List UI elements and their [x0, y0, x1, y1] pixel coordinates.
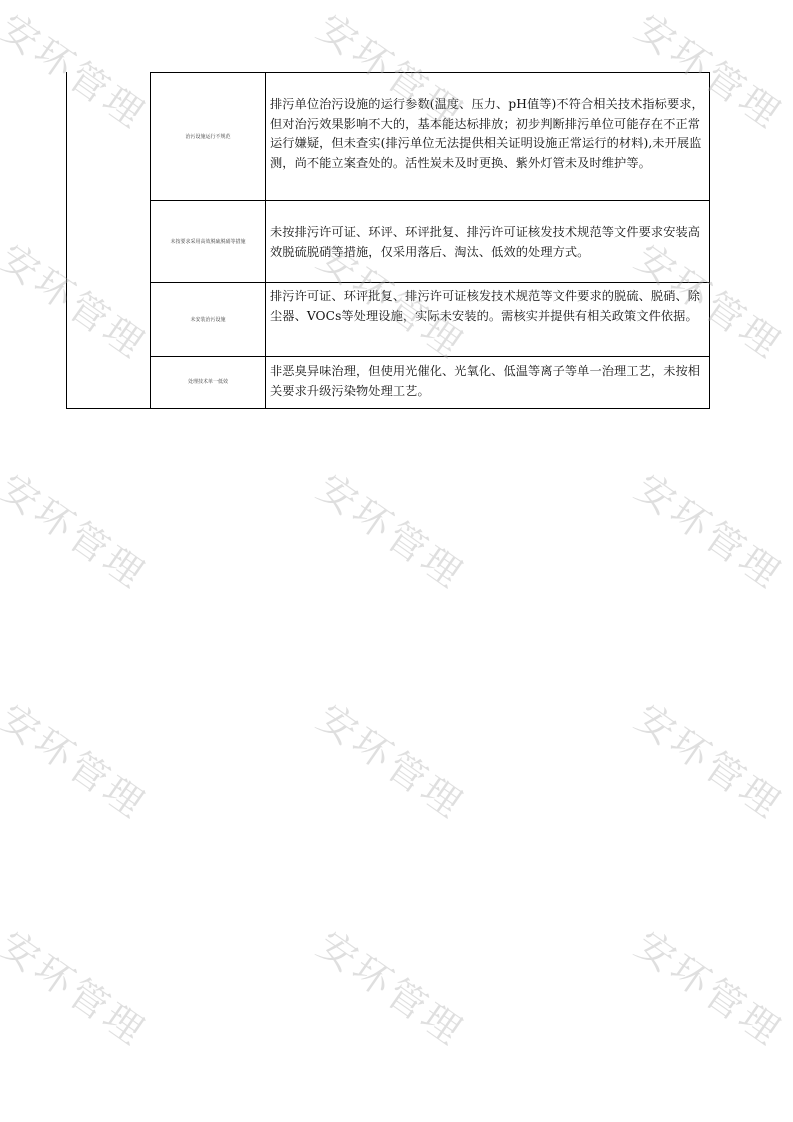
table-row: 治污设施运行不规范 排污单位治污设施的运行参数(温度、压力、pH值等)不符合相关… [150, 72, 710, 201]
row-category: 治污设施运行不规范 [151, 73, 266, 201]
watermark: 安环管理 [308, 458, 477, 599]
table-row: 未按要求采用高效脱硫脱硝等措施 未按排污许可证、环评、环评批复、排污许可证核发技… [150, 200, 710, 283]
watermark: 安环管理 [626, 458, 793, 599]
watermark: 安环管理 [0, 688, 160, 829]
document-page: 治污设施运行不规范 排污单位治污设施的运行参数(温度、压力、pH值等)不符合相关… [0, 0, 793, 1122]
row-description: 排污许可证、环评批复、排污许可证核发技术规范等文件要求的脱硫、脱硝、除尘器、VO… [266, 283, 709, 357]
watermark: 安环管理 [626, 915, 793, 1056]
row-category: 未按要求采用高效脱硫脱硝等措施 [151, 201, 266, 283]
table-merged-first-column [66, 72, 151, 409]
table-row: 处理技术单一低效 非恶臭异味治理，但使用光催化、光氧化、低温等离子等单一治理工艺… [150, 356, 710, 409]
row-description: 非恶臭异味治理，但使用光催化、光氧化、低温等离子等单一治理工艺，未按相关要求升级… [266, 357, 709, 408]
watermark: 安环管理 [0, 915, 160, 1056]
watermark: 安环管理 [0, 458, 160, 599]
watermark: 安环管理 [308, 915, 477, 1056]
row-description: 排污单位治污设施的运行参数(温度、压力、pH值等)不符合相关技术指标要求，但对治… [266, 73, 709, 201]
watermark: 安环管理 [626, 688, 793, 829]
row-description: 未按排污许可证、环评、环评批复、排污许可证核发技术规范等文件要求安装高效脱硫脱硝… [266, 201, 709, 283]
table-row: 未安装治污设施 排污许可证、环评批复、排污许可证核发技术规范等文件要求的脱硫、脱… [150, 282, 710, 357]
watermark: 安环管理 [308, 688, 477, 829]
row-category: 处理技术单一低效 [151, 357, 266, 408]
violation-table: 治污设施运行不规范 排污单位治污设施的运行参数(温度、压力、pH值等)不符合相关… [66, 72, 710, 410]
row-category: 未安装治污设施 [151, 283, 266, 357]
